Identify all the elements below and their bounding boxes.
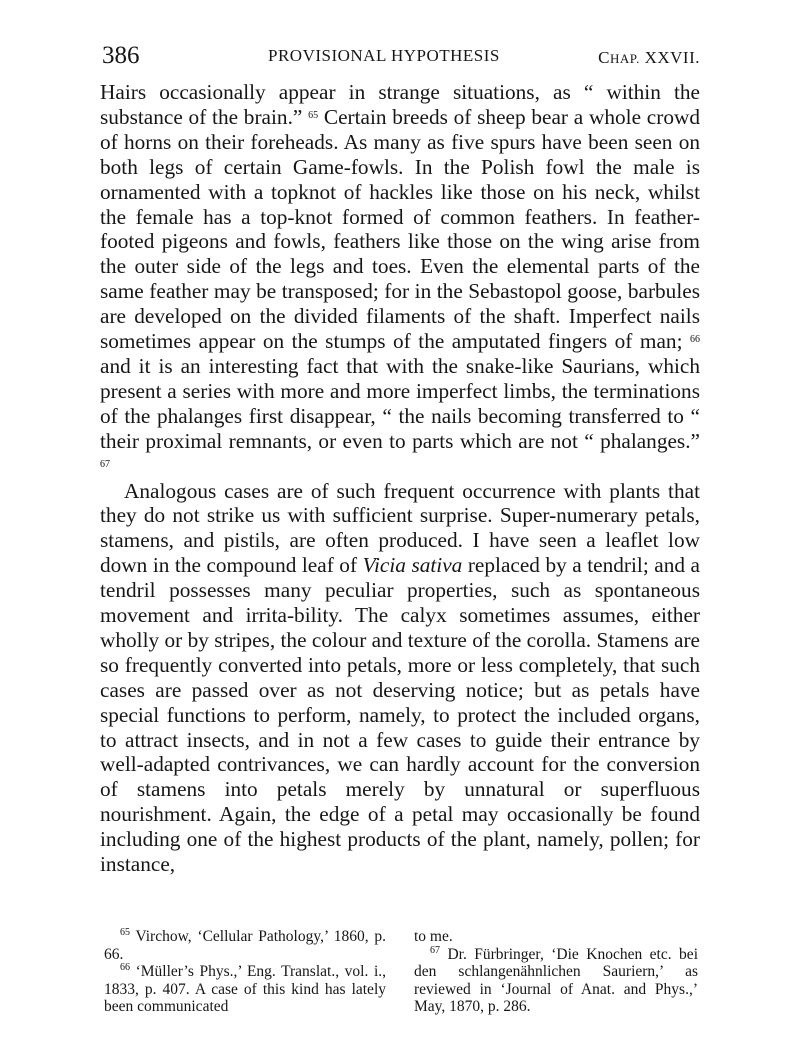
footnote-mark: 66 — [120, 962, 130, 973]
italic-species-name: Vicia sativa — [363, 553, 463, 577]
page-number: 386 — [102, 42, 140, 70]
footnote-66: 66 ‘Müller’s Phys.,’ Eng. Translat., vol… — [104, 963, 386, 1016]
footnote-mark: 65 — [120, 927, 130, 938]
text-run: and it is an interesting fact that with … — [100, 354, 700, 453]
text-run: Certain breeds of sheep bear a whole cro… — [100, 105, 700, 353]
footnote-65: 65 Virchow, ‘Cellular Pathology,’ 1860, … — [104, 928, 386, 963]
text-run: replaced by a tendril; and a tendril pos… — [100, 553, 700, 876]
footnote-ref-65[interactable]: 65 — [308, 110, 318, 121]
chapter-number: XXVII. — [645, 48, 700, 67]
book-page: 386 PROVISIONAL HYPOTHESIS CHAP. XXVII. … — [100, 40, 700, 877]
footnote-text: ‘Müller’s Phys.,’ Eng. Translat., vol. i… — [104, 963, 386, 1015]
paragraph-1: Hairs occasionally appear in strange sit… — [100, 80, 700, 479]
chapter-small: HAP. — [610, 51, 640, 66]
chapter-prefix: C — [598, 48, 610, 67]
footnote-66-continued: to me. — [414, 928, 698, 946]
running-header: 386 PROVISIONAL HYPOTHESIS CHAP. XXVII. — [100, 40, 700, 80]
footnote-text: to me. — [414, 928, 453, 945]
footnote-67: 67 Dr. Fürbringer, ‘Die Knochen etc. bei… — [414, 946, 698, 1016]
footnote-ref-67[interactable]: 67 — [100, 459, 110, 470]
footnote-mark: 67 — [430, 945, 440, 956]
footnotes-right-column: to me. 67 Dr. Fürbringer, ‘Die Knochen e… — [414, 928, 698, 1016]
footnotes-left-column: 65 Virchow, ‘Cellular Pathology,’ 1860, … — [104, 928, 386, 1016]
footnote-text: Virchow, ‘Cellular Pathology,’ 1860, p. … — [104, 928, 386, 963]
footnote-text: Dr. Fürbringer, ‘Die Knochen etc. bei de… — [414, 946, 698, 1016]
footnote-ref-66[interactable]: 66 — [690, 334, 700, 345]
body-text: Hairs occasionally appear in strange sit… — [100, 80, 700, 877]
running-title: PROVISIONAL HYPOTHESIS — [268, 46, 500, 66]
chapter-label: CHAP. XXVII. — [598, 48, 700, 68]
paragraph-2: Analogous cases are of such frequent occ… — [100, 479, 700, 878]
